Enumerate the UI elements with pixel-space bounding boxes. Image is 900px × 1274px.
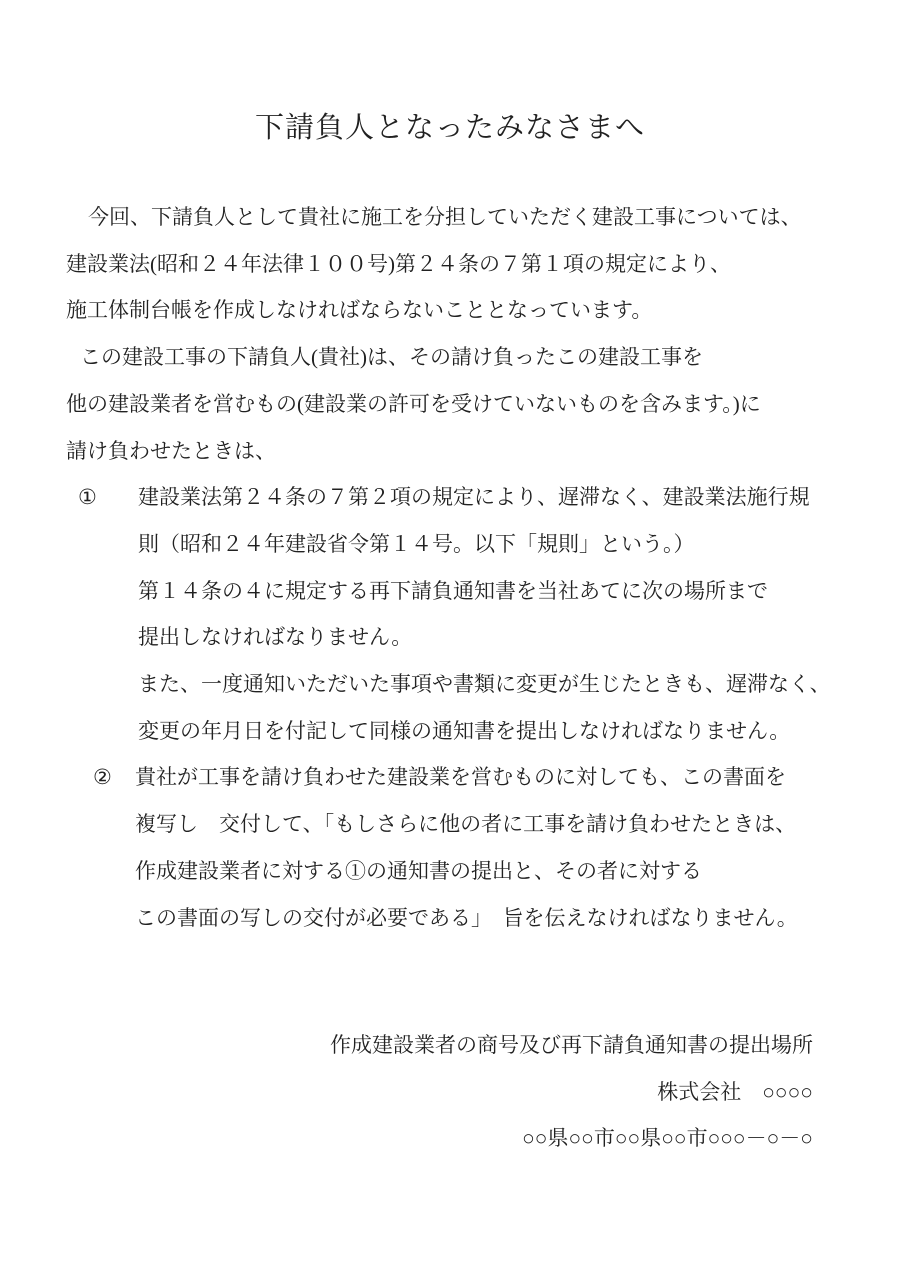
list-item-2-line: この書面の写しの交付が必要である」 旨を伝えなければなりません。 [66, 895, 828, 942]
company-address-line: ○○県○○市○○県○○市○○○－○－○ [66, 1115, 813, 1162]
paragraph-line: 施工体制台帳を作成しなければならないこととなっています。 [66, 287, 828, 334]
item-marker-1: ① [78, 474, 97, 521]
list-item-2: ② 貴社が工事を請け負わせた建設業を営むものに対しても、この書面を [66, 754, 828, 801]
list-item-1-line: 第１４条の４に規定する再下請負通知書を当社あてに次の場所まで [66, 568, 828, 615]
signature-block: 作成建設業者の商号及び再下請負通知書の提出場所 株式会社 ○○○○ ○○県○○市… [66, 1022, 813, 1162]
document-page: 下請負人となったみなさまへ 今回、下請負人として貴社に施工を分担していただく建設… [0, 0, 900, 1274]
item-marker-2: ② [93, 754, 112, 801]
list-item-2-line: 作成建設業者に対する①の通知書の提出と、その者に対する [66, 848, 828, 895]
list-item-1: ① 建設業法第２４条の７第２項の規定により、遅滞なく、建設業法施行規 [66, 474, 828, 521]
list-item-1-line: 変更の年月日を付記して同様の通知書を提出しなければなりません。 [66, 708, 828, 755]
list-item-1-line: また、一度通知いただいた事項や書類に変更が生じたときも、遅滞なく、 [66, 661, 828, 708]
list-item-1-line: 則（昭和２４年建設省令第１４号。以下「規則」という。） [66, 521, 828, 568]
paragraph-line: 他の建設業者を営むもの(建設業の許可を受けていないものを含みます。)に [66, 381, 828, 428]
paragraph-line: この建設工事の下請負人(貴社)は、その請け負ったこの建設工事を [66, 334, 828, 381]
list-item-1-line: 提出しなければなりません。 [66, 614, 828, 661]
document-body: 今回、下請負人として貴社に施工を分担していただく建設工事については、 建設業法(… [66, 194, 828, 941]
document-title: 下請負人となったみなさまへ [0, 106, 900, 150]
paragraph-line: 今回、下請負人として貴社に施工を分担していただく建設工事については、 [66, 194, 828, 241]
list-item-text: 貴社が工事を請け負わせた建設業を営むものに対しても、この書面を [135, 765, 786, 789]
paragraph-line: 建設業法(昭和２４年法律１００号)第２４条の７第１項の規定により、 [66, 241, 828, 288]
paragraph-line: 請け負わせたときは、 [66, 428, 828, 475]
list-item-text: 建設業法第２４条の７第２項の規定により、遅滞なく、建設業法施行規 [138, 485, 810, 509]
submission-place-heading: 作成建設業者の商号及び再下請負通知書の提出場所 [66, 1022, 813, 1069]
list-item-2-line: 複写し 交付して、「もしさらに他の者に工事を請け負わせたときは、 [66, 801, 828, 848]
company-name-line: 株式会社 ○○○○ [66, 1069, 813, 1116]
